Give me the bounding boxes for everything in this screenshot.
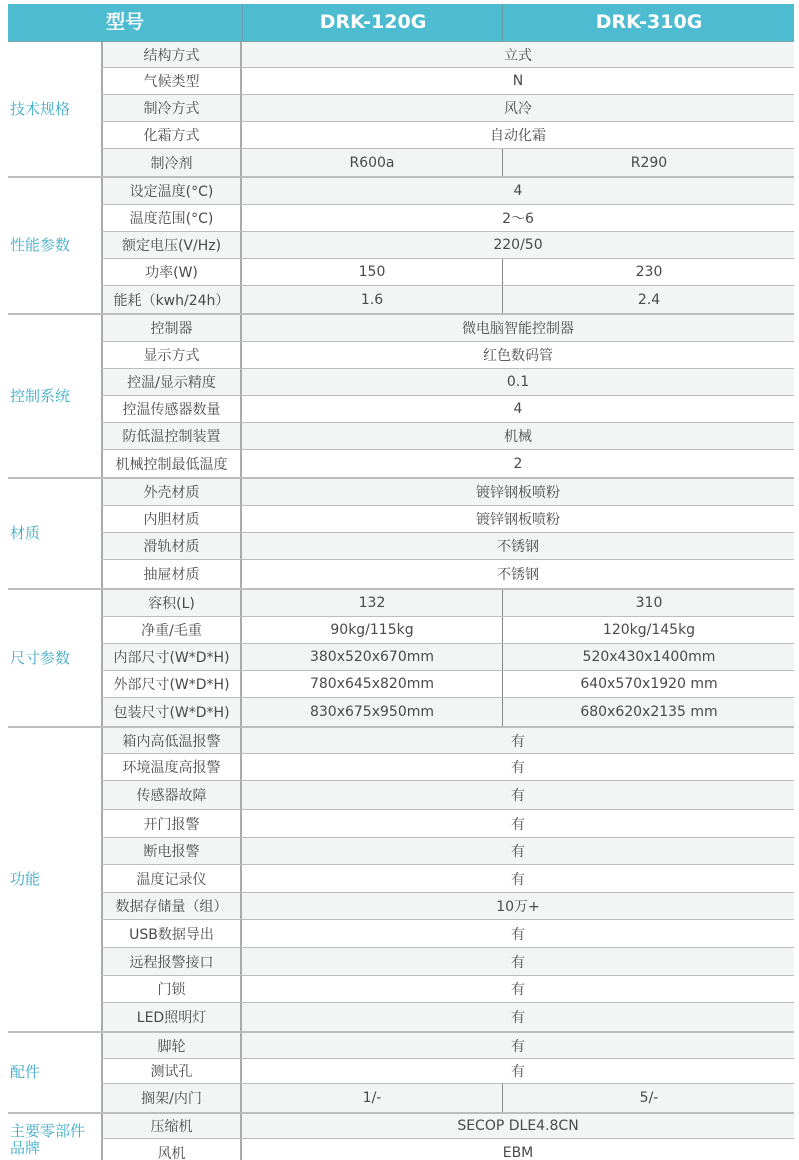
- row-label: 制冷剂: [101, 149, 242, 176]
- row-value-shared: 镀锌钢板喷粉: [242, 506, 794, 532]
- row-value-shared: 机械: [242, 423, 794, 449]
- table-header: 型号 DRK-120G DRK-310G: [8, 4, 794, 42]
- row-value-shared: 自动化霜: [242, 122, 794, 148]
- row-value-shared: 有: [242, 976, 794, 1002]
- row-value-model-a: 1/-: [242, 1084, 502, 1112]
- row-value-model-b: 5/-: [502, 1084, 795, 1112]
- table-row: 远程报警接口有: [101, 948, 794, 976]
- row-value-shared: 10万+: [242, 893, 794, 919]
- row-value-model-a: 150: [242, 259, 502, 285]
- row-label: 净重/毛重: [101, 617, 242, 643]
- row-value-shared: 0.1: [242, 369, 794, 395]
- row-label: 机械控制最低温度: [101, 450, 242, 477]
- spec-group: 技术规格结构方式立式气候类型N制冷方式风冷化霜方式自动化霜制冷剂R600aR29…: [8, 42, 794, 178]
- row-value-shared: 2～6: [242, 205, 794, 231]
- table-row: 外壳材质镀锌钢板喷粉: [101, 479, 794, 506]
- table-row: 压缩机SECOP DLE4.8CN: [101, 1114, 794, 1139]
- row-label: 断电报警: [101, 838, 242, 864]
- spec-group: 性能参数设定温度(°C)4温度范围(°C)2～6额定电压(V/Hz)220/50…: [8, 178, 794, 315]
- row-value-model-a: 1.6: [242, 286, 502, 313]
- table-row: 门锁有: [101, 976, 794, 1003]
- table-row: USB数据导出有: [101, 920, 794, 948]
- table-row: 净重/毛重90kg/115kg120kg/145kg: [101, 617, 794, 644]
- row-value-shared: 有: [242, 754, 794, 780]
- table-row: 脚轮有: [101, 1033, 794, 1059]
- row-value-model-a: 132: [242, 590, 502, 616]
- row-value-shared: 镀锌钢板喷粉: [242, 479, 794, 505]
- row-value-shared: 4: [242, 178, 794, 204]
- row-value-shared: 有: [242, 865, 794, 892]
- row-label: LED照明灯: [101, 1003, 242, 1031]
- row-label: 内部尺寸(W*D*H): [101, 644, 242, 670]
- group-name: 技术规格: [8, 42, 101, 176]
- table-row: 环境温度高报警有: [101, 754, 794, 781]
- table-row: 结构方式立式: [101, 42, 794, 68]
- row-value-shared: 不锈钢: [242, 533, 794, 559]
- group-name: 材质: [8, 479, 101, 588]
- row-value-model-b: 640x570x1920 mm: [502, 671, 795, 697]
- row-value-model-a: 780x645x820mm: [242, 671, 502, 697]
- row-value-model-b: 680x620x2135 mm: [502, 698, 795, 726]
- table-row: 气候类型N: [101, 68, 794, 95]
- row-label: 外壳材质: [101, 479, 242, 505]
- table-row: 设定温度(°C)4: [101, 178, 794, 205]
- row-value-shared: 立式: [242, 42, 794, 67]
- table-row: 风机EBM: [101, 1139, 794, 1160]
- header-model-a: DRK-120G: [242, 4, 503, 41]
- table-row: 化霜方式自动化霜: [101, 122, 794, 149]
- table-row: LED照明灯有: [101, 1003, 794, 1031]
- table-row: 显示方式红色数码管: [101, 342, 794, 369]
- header-model-b: DRK-310G: [502, 4, 795, 41]
- group-name: 配件: [8, 1033, 101, 1112]
- row-label: 内胆材质: [101, 506, 242, 532]
- group-name: 尺寸参数: [8, 590, 101, 726]
- table-row: 传感器故障有: [101, 781, 794, 810]
- row-value-model-b: 2.4: [502, 286, 795, 313]
- row-label: 压缩机: [101, 1114, 242, 1138]
- row-label: 数据存储量（组）: [101, 893, 242, 919]
- row-label: 功率(W): [101, 259, 242, 285]
- row-value-shared: 有: [242, 1033, 794, 1058]
- table-row: 抽屉材质不锈钢: [101, 560, 794, 588]
- table-row: 包装尺寸(W*D*H)830x675x950mm680x620x2135 mm: [101, 698, 794, 726]
- row-value-model-b: 520x430x1400mm: [502, 644, 795, 670]
- row-label: 门锁: [101, 976, 242, 1002]
- row-label: 开门报警: [101, 810, 242, 837]
- table-row: 数据存储量（组）10万+: [101, 893, 794, 920]
- row-label: 包装尺寸(W*D*H): [101, 698, 242, 726]
- row-label: 箱内高低温报警: [101, 728, 242, 753]
- row-value-shared: SECOP DLE4.8CN: [242, 1114, 794, 1138]
- row-value-shared: 有: [242, 948, 794, 975]
- row-value-shared: 有: [242, 781, 794, 809]
- table-row: 断电报警有: [101, 838, 794, 865]
- table-row: 控温传感器数量4: [101, 396, 794, 423]
- row-value-shared: 红色数码管: [242, 342, 794, 368]
- row-label: 风机: [101, 1139, 242, 1160]
- row-value-model-b: 310: [502, 590, 795, 616]
- table-row: 内胆材质镀锌钢板喷粉: [101, 506, 794, 533]
- row-value-shared: 有: [242, 838, 794, 864]
- row-value-shared: 有: [242, 920, 794, 947]
- row-value-model-a: 90kg/115kg: [242, 617, 502, 643]
- table-row: 防低温控制装置机械: [101, 423, 794, 450]
- table-row: 搁架/内门1/-5/-: [101, 1084, 794, 1112]
- spec-group: 控制系统控制器微电脑智能控制器显示方式红色数码管控温/显示精度0.1控温传感器数…: [8, 315, 794, 479]
- row-value-shared: N: [242, 68, 794, 94]
- row-value-shared: 不锈钢: [242, 560, 794, 588]
- row-value-model-b: R290: [502, 149, 795, 176]
- group-name: 主要零部件品牌: [8, 1114, 98, 1160]
- row-label: 抽屉材质: [101, 560, 242, 588]
- row-label: USB数据导出: [101, 920, 242, 947]
- row-value-model-b: 230: [502, 259, 795, 285]
- row-label: 温度记录仪: [101, 865, 242, 892]
- spec-group: 配件脚轮有测试孔有搁架/内门1/-5/-: [8, 1033, 794, 1114]
- row-label: 环境温度高报警: [101, 754, 242, 780]
- table-row: 温度范围(°C)2～6: [101, 205, 794, 232]
- row-label: 结构方式: [101, 42, 242, 67]
- row-value-shared: 有: [242, 810, 794, 837]
- row-value-shared: 2: [242, 450, 794, 477]
- table-row: 控制器微电脑智能控制器: [101, 315, 794, 342]
- row-label: 控温传感器数量: [101, 396, 242, 422]
- spec-group: 材质外壳材质镀锌钢板喷粉内胆材质镀锌钢板喷粉滑轨材质不锈钢抽屉材质不锈钢: [8, 479, 794, 590]
- row-label: 化霜方式: [101, 122, 242, 148]
- spec-group: 功能箱内高低温报警有环境温度高报警有传感器故障有开门报警有断电报警有温度记录仪有…: [8, 728, 794, 1033]
- row-value-model-a: R600a: [242, 149, 502, 176]
- row-label: 容积(L): [101, 590, 242, 616]
- row-value-shared: 有: [242, 1059, 794, 1083]
- table-row: 温度记录仪有: [101, 865, 794, 893]
- table-row: 功率(W)150230: [101, 259, 794, 286]
- row-label: 滑轨材质: [101, 533, 242, 559]
- row-label: 远程报警接口: [101, 948, 242, 975]
- row-value-shared: EBM: [242, 1139, 794, 1160]
- table-row: 机械控制最低温度2: [101, 450, 794, 477]
- row-value-shared: 有: [242, 728, 794, 753]
- table-row: 制冷剂R600aR290: [101, 149, 794, 176]
- table-row: 制冷方式风冷: [101, 95, 794, 122]
- row-label: 测试孔: [101, 1059, 242, 1083]
- row-value-shared: 风冷: [242, 95, 794, 121]
- table-row: 额定电压(V/Hz)220/50: [101, 232, 794, 259]
- table-row: 控温/显示精度0.1: [101, 369, 794, 396]
- row-value-shared: 有: [242, 1003, 794, 1031]
- group-name: 性能参数: [8, 178, 101, 313]
- row-label: 制冷方式: [101, 95, 242, 121]
- row-label: 能耗（kwh/24h）: [101, 286, 242, 313]
- table-row: 外部尺寸(W*D*H)780x645x820mm640x570x1920 mm: [101, 671, 794, 698]
- row-value-shared: 微电脑智能控制器: [242, 315, 794, 341]
- row-value-shared: 220/50: [242, 232, 794, 258]
- row-label: 显示方式: [101, 342, 242, 368]
- header-model-label: 型号: [8, 4, 242, 41]
- row-label: 控制器: [101, 315, 242, 341]
- row-value-model-a: 380x520x670mm: [242, 644, 502, 670]
- row-label: 搁架/内门: [101, 1084, 242, 1112]
- row-label: 温度范围(°C): [101, 205, 242, 231]
- row-label: 设定温度(°C): [101, 178, 242, 204]
- group-name: 控制系统: [8, 315, 101, 477]
- table-row: 内部尺寸(W*D*H)380x520x670mm520x430x1400mm: [101, 644, 794, 671]
- table-row: 箱内高低温报警有: [101, 728, 794, 754]
- row-value-model-a: 830x675x950mm: [242, 698, 502, 726]
- table-row: 开门报警有: [101, 810, 794, 838]
- row-label: 脚轮: [101, 1033, 242, 1058]
- table-row: 滑轨材质不锈钢: [101, 533, 794, 560]
- row-label: 外部尺寸(W*D*H): [101, 671, 242, 697]
- spec-group: 尺寸参数容积(L)132310净重/毛重90kg/115kg120kg/145k…: [8, 590, 794, 728]
- row-label: 气候类型: [101, 68, 242, 94]
- group-name: 功能: [8, 728, 101, 1031]
- table-row: 测试孔有: [101, 1059, 794, 1084]
- row-label: 额定电压(V/Hz): [101, 232, 242, 258]
- row-label: 控温/显示精度: [101, 369, 242, 395]
- row-label: 防低温控制装置: [101, 423, 242, 449]
- row-value-model-b: 120kg/145kg: [502, 617, 795, 643]
- spec-group: 主要零部件品牌压缩机SECOP DLE4.8CN风机EBM: [8, 1114, 794, 1160]
- table-row: 容积(L)132310: [101, 590, 794, 617]
- table-row: 能耗（kwh/24h）1.62.4: [101, 286, 794, 313]
- row-label: 传感器故障: [101, 781, 242, 809]
- row-value-shared: 4: [242, 396, 794, 422]
